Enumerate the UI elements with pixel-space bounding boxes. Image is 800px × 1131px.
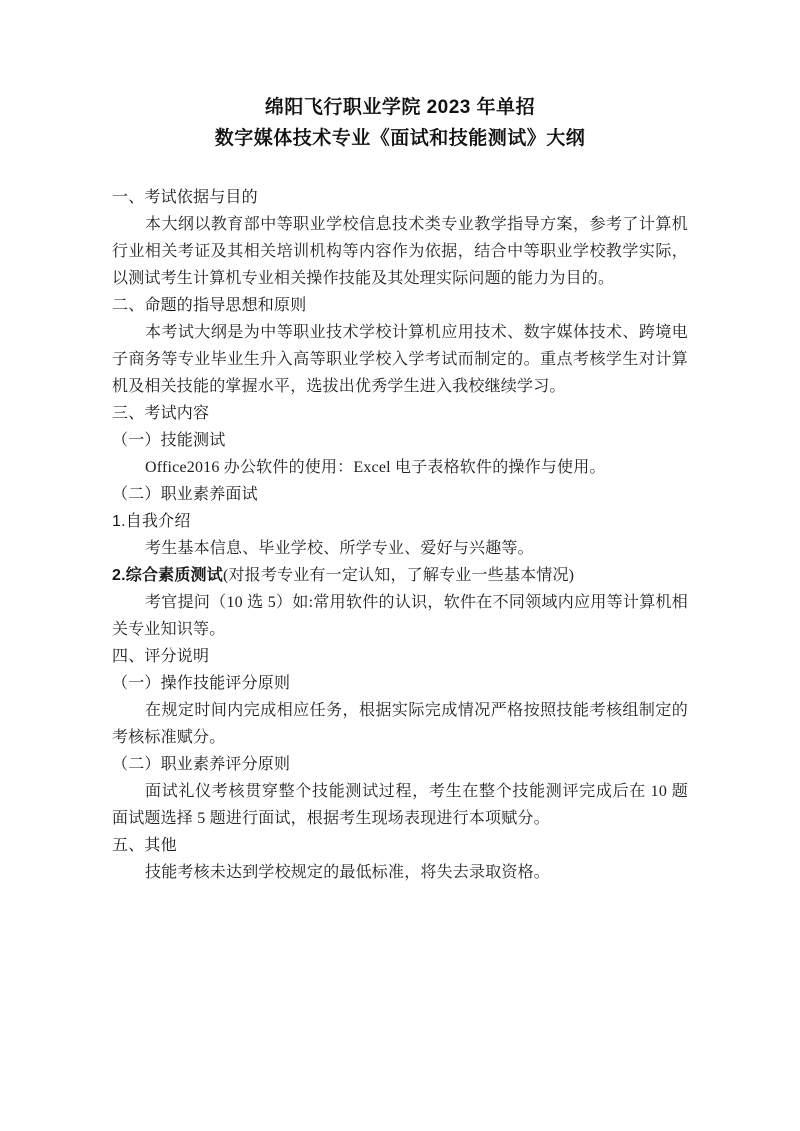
- document-body: 一、考试依据与目的 本大纲以教育部中等职业学校信息技术类专业教学指导方案，参考了…: [112, 184, 688, 886]
- section-3-item-2-paragraph: 考官提问（10 选 5）如:常用软件的认识，软件在不同领域内应用等计算机相关专业…: [112, 589, 688, 643]
- section-4-sub-2-paragraph: 面试礼仪考核贯穿整个技能测试过程，考生在整个技能测评完成后在 10 题面试题选择…: [112, 778, 688, 832]
- section-3-sub-2-heading: （二）职业素养面试: [112, 481, 688, 508]
- section-3-sub-1-heading: （一）技能测试: [112, 427, 688, 454]
- title-line-2: 数字媒体技术专业《面试和技能测试》大纲: [112, 123, 688, 154]
- section-3-sub-1-paragraph: Office2016 办公软件的使用：Excel 电子表格软件的操作与使用。: [112, 454, 688, 481]
- section-4-sub-2-heading: （二）职业素养评分原则: [112, 751, 688, 778]
- section-3-item-1-paragraph: 考生基本信息、毕业学校、所学专业、爱好与兴趣等。: [112, 535, 688, 562]
- section-2-heading: 二、命题的指导思想和原则: [112, 292, 688, 319]
- section-3-item-2-heading: 2.综合素质测试(对报考专业有一定认知，了解专业一些基本情况): [112, 562, 688, 589]
- document-title: 绵阳飞行职业学院 2023 年单招 数字媒体技术专业《面试和技能测试》大纲: [112, 92, 688, 154]
- section-3-item-2-heading-note: (对报考专业有一定认知，了解专业一些基本情况): [223, 567, 574, 584]
- document-page: 绵阳飞行职业学院 2023 年单招 数字媒体技术专业《面试和技能测试》大纲 一、…: [0, 0, 800, 1131]
- section-3-item-1-heading: 1.自我介绍: [112, 508, 688, 535]
- section-3-item-2-heading-bold: 2.综合素质测试: [112, 567, 223, 584]
- section-4-sub-1-heading: （一）操作技能评分原则: [112, 670, 688, 697]
- section-5-heading: 五、其他: [112, 832, 688, 859]
- section-1-heading: 一、考试依据与目的: [112, 184, 688, 211]
- section-1-paragraph: 本大纲以教育部中等职业学校信息技术类专业教学指导方案，参考了计算机行业相关考证及…: [112, 211, 688, 292]
- section-4-sub-1-paragraph: 在规定时间内完成相应任务，根据实际完成情况严格按照技能考核组制定的考核标准赋分。: [112, 697, 688, 751]
- section-4-heading: 四、评分说明: [112, 643, 688, 670]
- section-3-heading: 三、考试内容: [112, 400, 688, 427]
- section-5-paragraph: 技能考核未达到学校规定的最低标准，将失去录取资格。: [112, 859, 688, 886]
- section-2-paragraph: 本考试大纲是为中等职业技术学校计算机应用技术、数字媒体技术、跨境电子商务等专业毕…: [112, 319, 688, 400]
- title-line-1: 绵阳飞行职业学院 2023 年单招: [112, 92, 688, 123]
